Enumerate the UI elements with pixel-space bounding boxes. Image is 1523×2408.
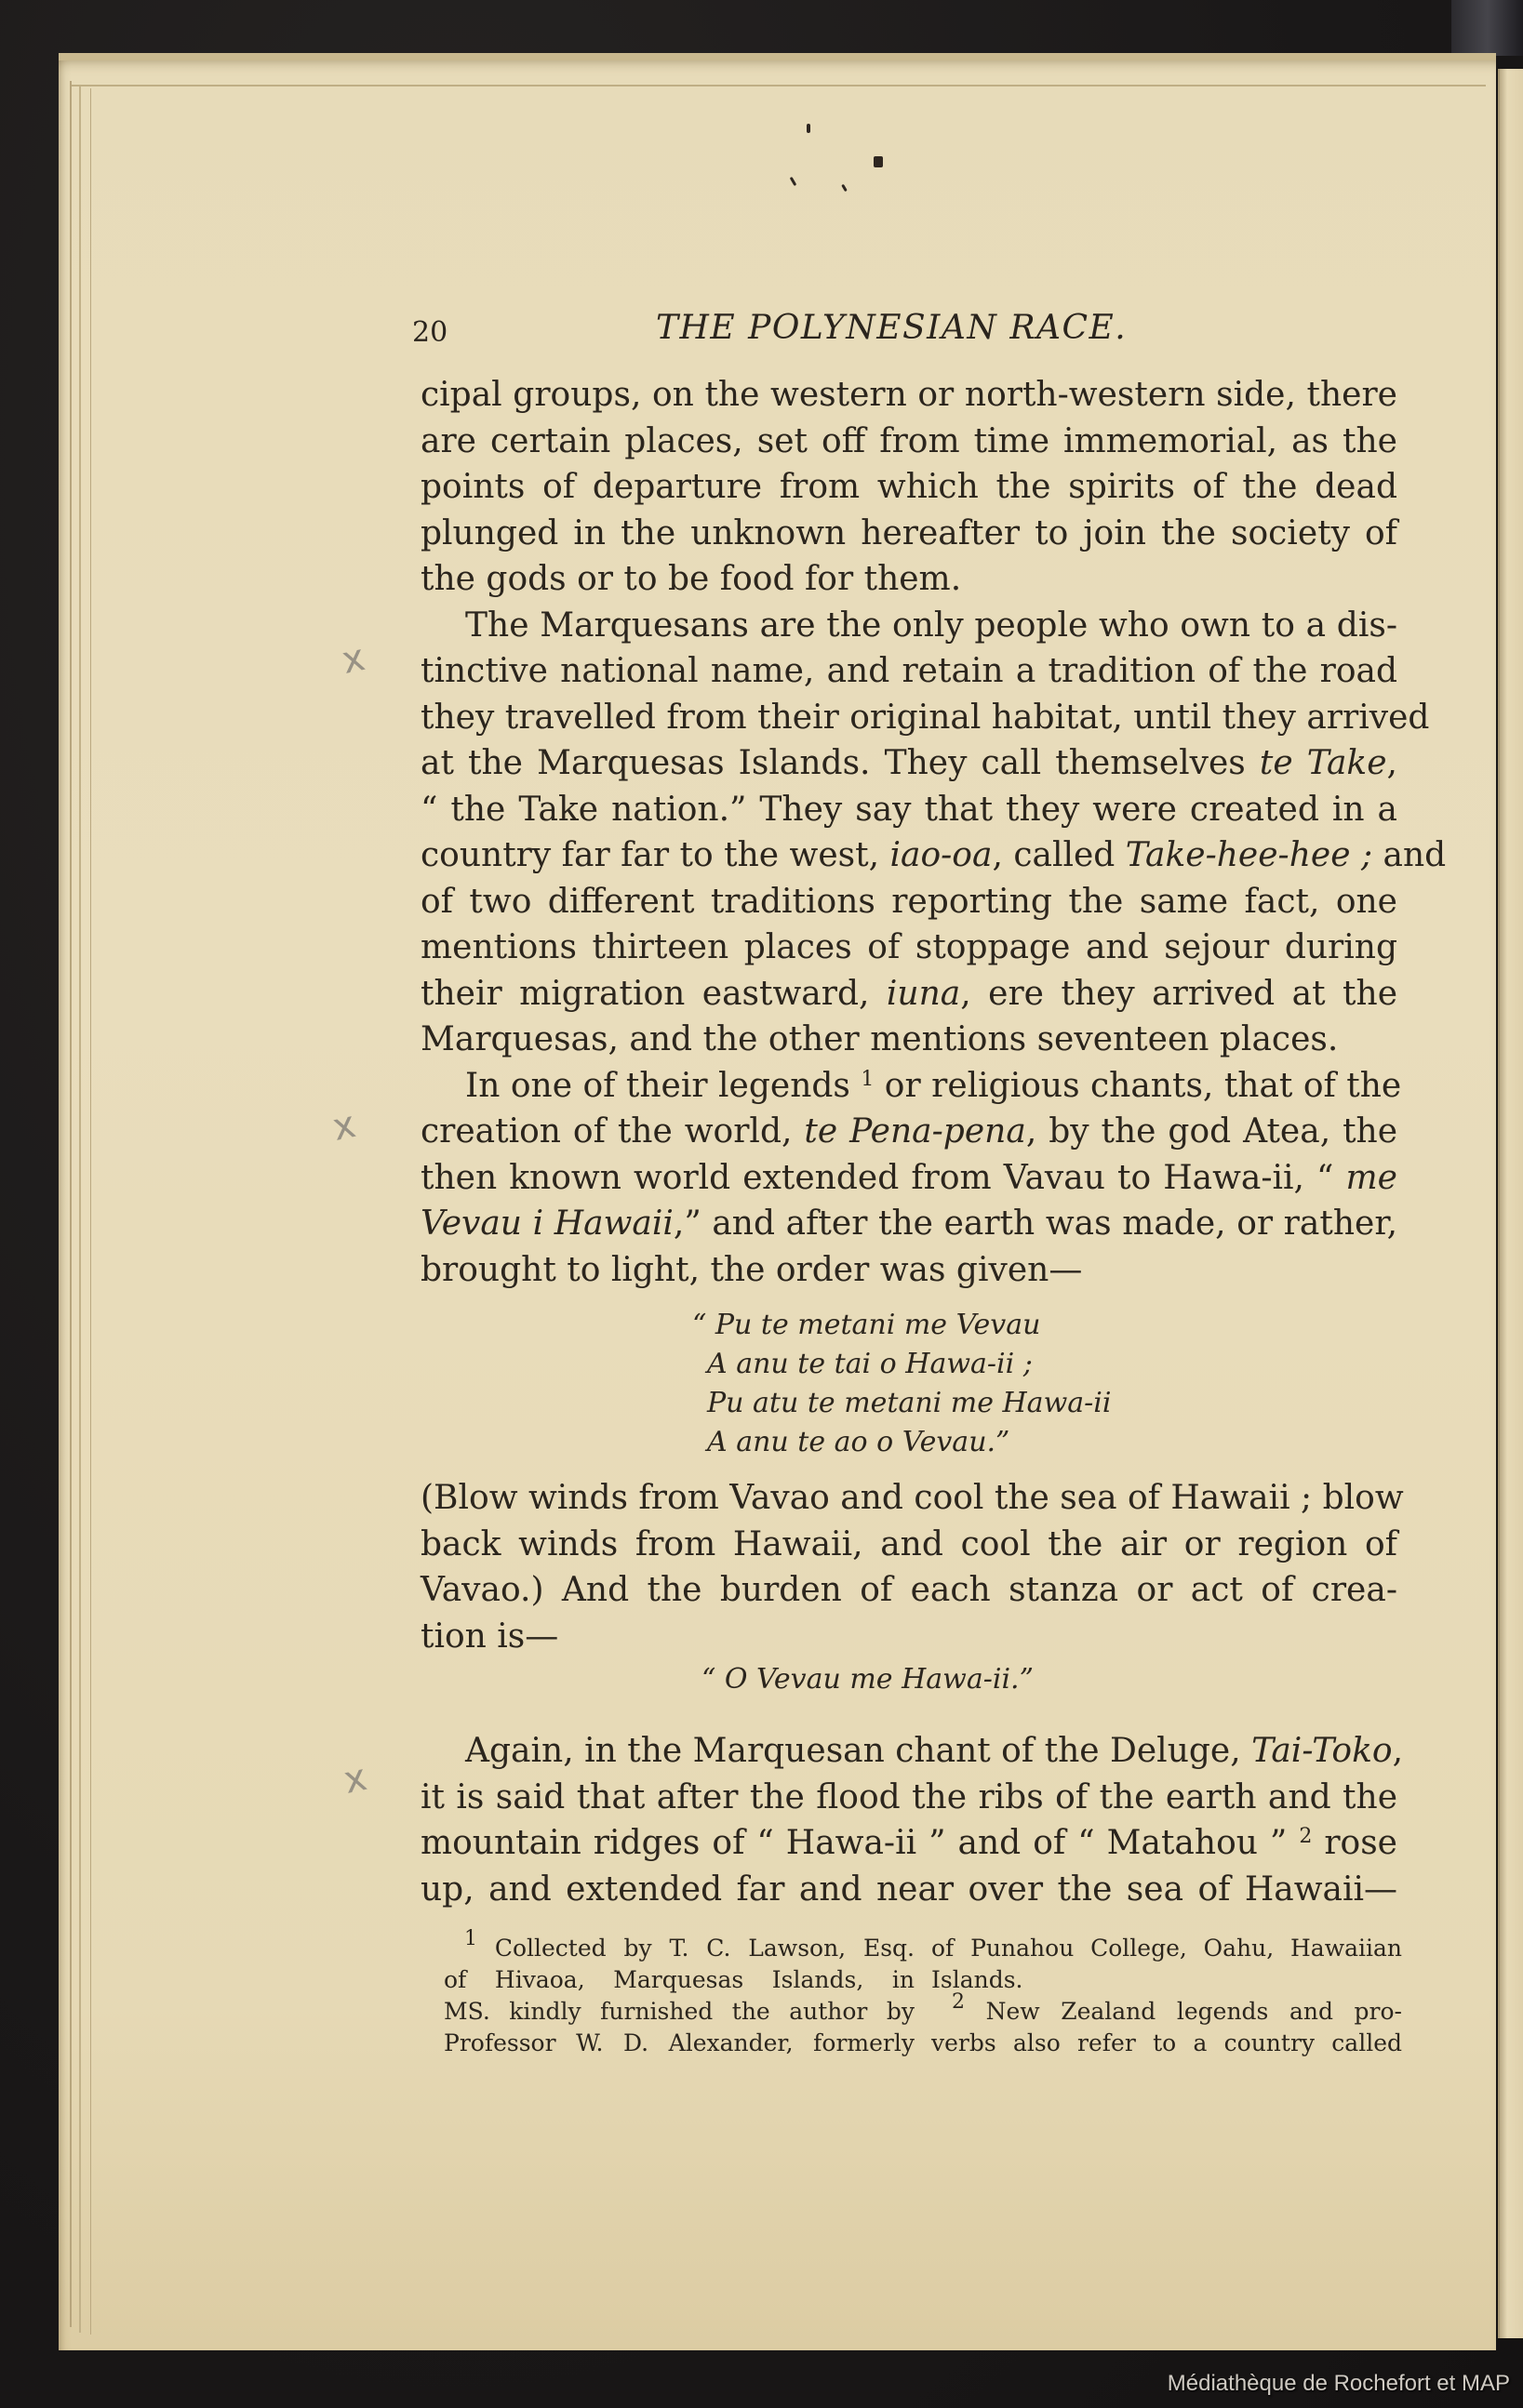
text-line: mountain ridges of “ Hawa-ii ” and of “ … (421, 1820, 1397, 1867)
page-top-edge (72, 85, 1486, 86)
text-line: country far far to the west, iao-oa, cal… (421, 832, 1397, 879)
text-line: of Hivaoa, Marquesas Islands, in (444, 1964, 915, 1996)
verse-line: A anu te tai o Hawa-ii ; (421, 1345, 1397, 1384)
text-line: “ the Take nation.” They say that they w… (421, 787, 1397, 833)
verse-line: “ Pu te metani me Vevau (421, 1306, 1397, 1345)
text-line: Vavao.) And the burden of each stanza or… (421, 1567, 1397, 1614)
text-line: verbs also refer to a country called (931, 2028, 1402, 2059)
text-line: tinctive national name, and retain a tra… (421, 648, 1397, 695)
text-line: points of departure from which the spiri… (421, 464, 1397, 511)
chant-verse: “ Pu te metani me Vevau A anu te tai o H… (421, 1306, 1397, 1462)
text-line: at the Marquesas Islands. They call them… (421, 740, 1397, 787)
footnote-ref: 1 (464, 1927, 477, 1950)
verse-line: A anu te ao o Vevau.” (421, 1423, 1397, 1462)
paragraph: cipal groups, on the western or north-we… (421, 372, 1397, 603)
text-line: The Marquesans are the only people who o… (421, 603, 1397, 649)
text-line: 2 New Zealand legends and pro- (931, 1996, 1402, 2028)
italic-term: iuna (887, 975, 960, 1013)
text-line: their migration eastward, iuna, ere they… (421, 971, 1397, 1018)
page-edge-line (70, 81, 72, 2327)
paragraph: The Marquesans are the only people who o… (421, 603, 1397, 1063)
text-line: Marquesas, and the other mentions sevent… (421, 1017, 1397, 1063)
ink-speck (807, 124, 810, 133)
translation-paragraph: (Blow winds from Vavao and cool the sea … (421, 1475, 1397, 1659)
text-line: up, and extended far and near over the s… (421, 1867, 1397, 1913)
footnotes: 1 Collected by T. C. Lawson, Esq.of Hiva… (444, 1933, 1402, 2059)
footnote-column-left: 1 Collected by T. C. Lawson, Esq.of Hiva… (444, 1933, 915, 2059)
text-line: of two different traditions reporting th… (421, 879, 1397, 925)
ink-speck (874, 156, 883, 167)
page-number: 20 (412, 316, 448, 349)
italic-term: te Pena-pena (804, 1112, 1025, 1151)
text-line: Professor W. D. Alexander, formerly (444, 2028, 915, 2059)
italic-term: me (1346, 1159, 1397, 1197)
paragraph: In one of their legends 1 or religious c… (421, 1063, 1397, 1294)
text-line: brought to light, the order was given— (421, 1247, 1397, 1294)
adjacent-page-edge (1498, 69, 1523, 2338)
italic-term: te Take (1260, 744, 1387, 782)
body-text: cipal groups, on the western or north-we… (421, 372, 1397, 1912)
text-line: mentions thirteen places of stoppage and… (421, 925, 1397, 971)
footnote-ref: 1 (861, 1068, 874, 1091)
deluge-paragraph: Again, in the Marquesan chant of the Del… (421, 1728, 1397, 1912)
footnote-ref: 2 (952, 1990, 965, 2014)
text-line: it is said that after the flood the ribs… (421, 1775, 1397, 1821)
page-edge-line (79, 86, 81, 2333)
text-line: In one of their legends 1 or religious c… (421, 1063, 1397, 1110)
page-edge-line (90, 88, 91, 2335)
library-watermark: Médiathèque de Rochefort et MAP (1168, 2371, 1510, 2397)
text-line: back winds from Hawaii, and cool the air… (421, 1522, 1397, 1568)
text-line: Again, in the Marquesan chant of the Del… (421, 1728, 1397, 1775)
text-line: cipal groups, on the western or north-we… (421, 372, 1397, 419)
chant-burden: “ O Vevau me Hawa-ii.” (421, 1661, 1397, 1698)
text-line: (Blow winds from Vavao and cool the sea … (421, 1475, 1397, 1522)
italic-term: Tai-Toko (1251, 1732, 1392, 1770)
text-line: tion is— (421, 1614, 1397, 1660)
footnote-column-right: of Punahou College, Oahu, HawaiianIsland… (931, 1933, 1402, 2059)
running-title: THE POLYNESIAN RACE. (656, 309, 1127, 347)
text-line: MS. kindly furnished the author by (444, 1996, 915, 2028)
text-line: Islands. (931, 1964, 1402, 1996)
text-line: then known world extended from Vavau to … (421, 1155, 1397, 1202)
text-line: are certain places, set off from time im… (421, 419, 1397, 465)
book-spine-strip (1451, 0, 1523, 56)
italic-term: Vevau i Hawaii (421, 1204, 674, 1243)
italic-term: iao-oa (889, 836, 992, 874)
text-line: of Punahou College, Oahu, Hawaiian (931, 1933, 1402, 1964)
text-line: 1 Collected by T. C. Lawson, Esq. (444, 1933, 915, 1964)
running-head: 20 THE POLYNESIAN RACE. (412, 316, 1398, 353)
verse-line: Pu atu te metani me Hawa-ii (421, 1384, 1397, 1423)
text-line: plunged in the unknown hereafter to join… (421, 511, 1397, 557)
text-line: the gods or to be food for them. (421, 556, 1397, 603)
text-line: creation of the world, te Pena-pena, by … (421, 1109, 1397, 1155)
text-line: Vevau i Hawaii,” and after the earth was… (421, 1201, 1397, 1247)
footnote-ref: 2 (1299, 1825, 1312, 1848)
italic-term: Take-hee-hee ; (1126, 836, 1372, 874)
text-line: they travelled from their original habit… (421, 695, 1397, 741)
